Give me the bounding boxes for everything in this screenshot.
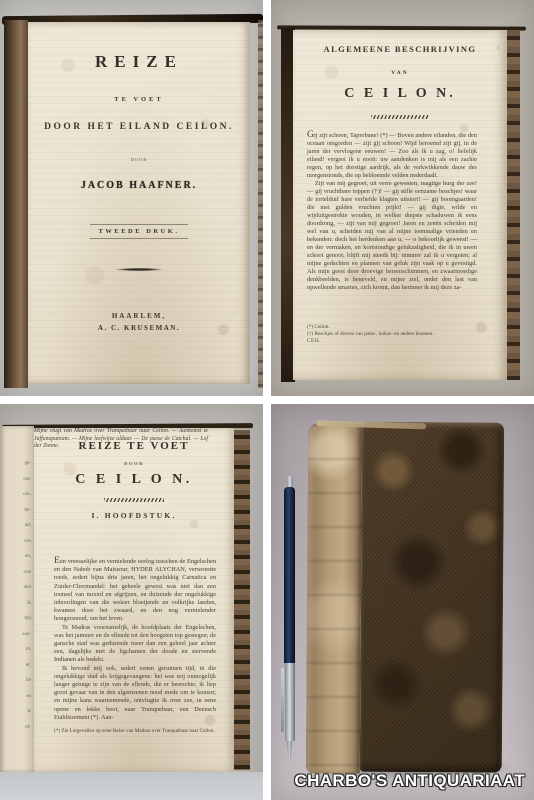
edition-statement: TWEEDE DRUK. (90, 224, 189, 239)
book-photo-collage: REIZE TE VOET DOOR HET EILAND CEILON. DO… (0, 0, 534, 800)
table-surface (0, 772, 263, 800)
pen-push-button (287, 476, 293, 487)
header-van: VAN (293, 70, 507, 76)
pen-barrel (284, 487, 295, 663)
section-title-ceilon: C E I L O N. (293, 86, 507, 102)
paragraph: Ik bevond mij ook, sedert eenen geruimen… (54, 665, 216, 722)
paragraph: Te Madras voornamelijk, de hoofdplaats d… (54, 624, 216, 665)
body-text: Een vreesselijke en vernielende oorlog t… (54, 556, 216, 722)
facing-page-text-fragments: ge- oor. orn. lle- nd; van en, rwe niet … (22, 456, 31, 735)
book-title-series: TE VOET (28, 96, 250, 103)
book-spine (306, 423, 362, 773)
photo-description-page: ALGEMEENE BESCHRIJVING ii VAN C E I L O … (271, 0, 534, 396)
book-spine-edge (4, 20, 28, 388)
facing-page-edge: ge- oor. orn. lle- nd; van en, rwe niet … (0, 426, 34, 772)
pen-lower-barrel (285, 663, 295, 741)
imprint-city: HAARLEM, (28, 312, 250, 320)
book-subtitle: DOOR HET EILAND CEILON. (28, 122, 250, 132)
imprint-publisher: A. C. KRUSEMAN. (28, 324, 250, 332)
footnote-line: (†) Boschjes of dreven van palm-, kokos-… (307, 331, 483, 338)
chapter-page: REIZE TE VOET DOOR C E I L O N. I. HOOFD… (34, 428, 234, 772)
paragraph: Gij zijt schoon, Taprobane! (*) — Boven … (307, 130, 477, 180)
paragraph: Een vreesselijke en vernielende oorlog t… (54, 556, 216, 624)
squiggle-ornament-icon (104, 498, 164, 502)
section-title-ceilon: C E I L O N. (34, 472, 234, 488)
body-text: Gij zijt schoon, Taprobane! (*) — Boven … (307, 130, 477, 292)
chapter-heading: I. HOOFDSTUK. (34, 511, 234, 520)
title-page: REIZE TE VOET DOOR HET EILAND CEILON. DO… (28, 22, 250, 384)
pen-clip (281, 668, 284, 732)
byline-door: DOOR (34, 461, 234, 466)
board-fore-edge (234, 430, 250, 770)
photo-binding: CHARBO'S ANTIQUARIAAT (271, 404, 534, 800)
description-page: ALGEMEENE BESCHRIJVING ii VAN C E I L O … (293, 30, 507, 380)
ballpoint-pen (284, 476, 295, 770)
signature-mark: CEIL. (307, 338, 483, 345)
ornament-rule-icon (116, 268, 162, 271)
page-number: ii (497, 45, 500, 51)
board-fore-edge (507, 30, 520, 380)
author-name: JACOB HAAFNER. (28, 180, 250, 191)
footnote-line: (*) Ceilon. (307, 324, 483, 331)
bookseller-caption: CHARBO'S ANTIQUARIAAT (294, 771, 525, 791)
book-front-board (360, 422, 504, 773)
photo-title-page: REIZE TE VOET DOOR HET EILAND CEILON. DO… (0, 0, 263, 396)
half-title: REIZE TE VOET (34, 440, 234, 452)
edition-statement-wrap: TWEEDE DRUK. (28, 220, 250, 239)
book-title: REIZE (28, 52, 250, 72)
squiggle-ornament-icon (371, 115, 429, 119)
board-fore-edge (258, 20, 263, 388)
footnotes: (*) Ceilon. (†) Boschjes of dreven van p… (307, 324, 483, 344)
book-binding (306, 421, 504, 774)
pen-tip (287, 741, 292, 765)
running-header: ALGEMEENE BESCHRIJVING (293, 44, 507, 54)
photo-chapter-page: ge- oor. orn. lle- nd; van en, rwe niet … (0, 404, 263, 800)
footnote-line: (*) Zie Lotgevallen op eene Reize van Ma… (54, 728, 222, 735)
byline-door: DOOR (28, 157, 250, 162)
paragraph: Zijt van mij gegroet, uit verre gewesten… (307, 180, 477, 292)
